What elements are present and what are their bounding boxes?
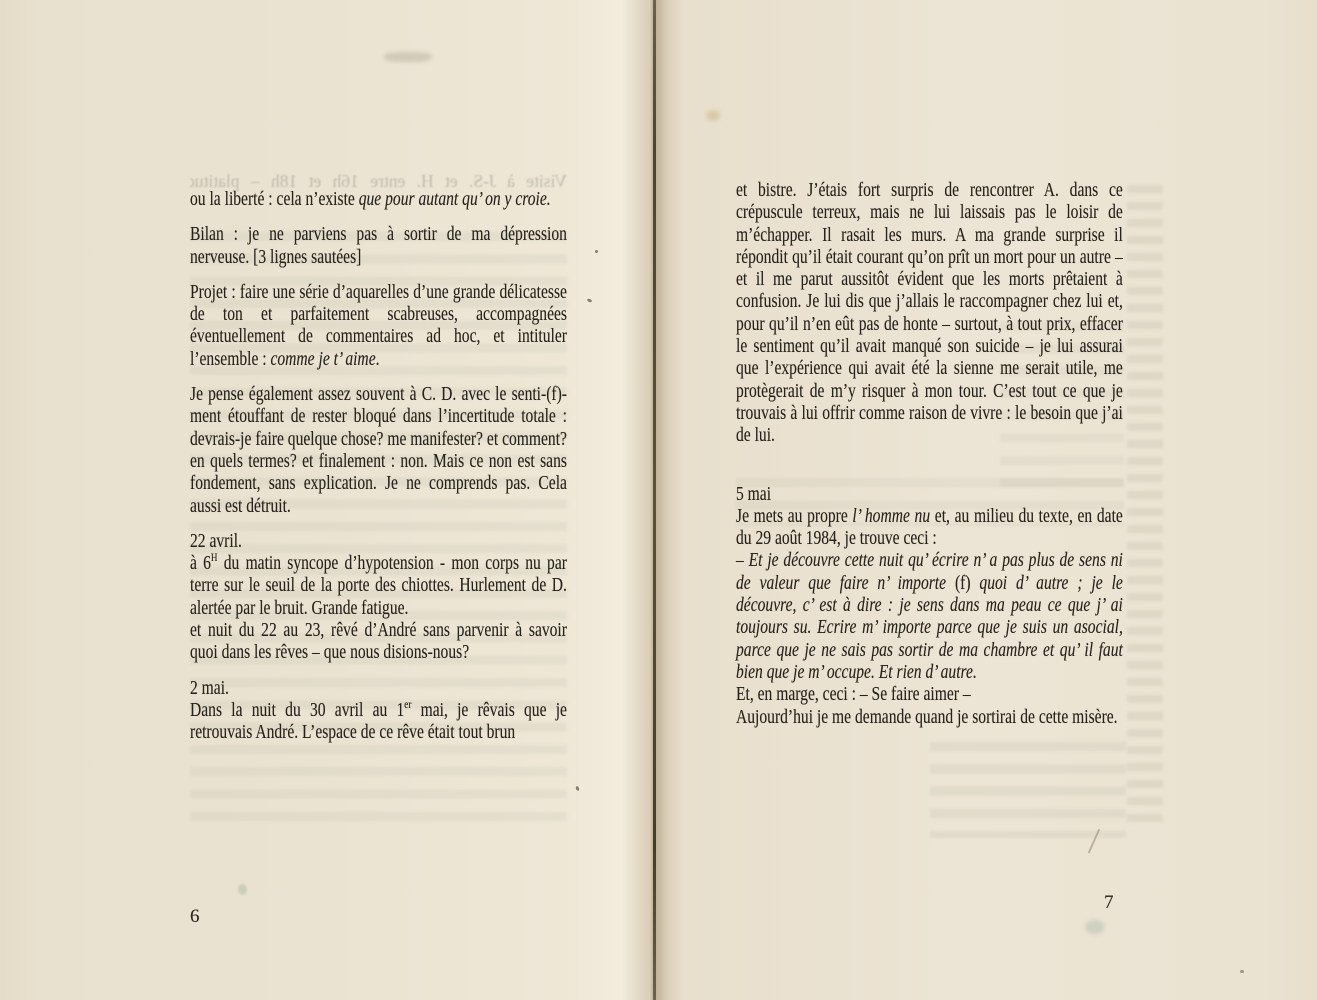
paragraph: Projet : faire une série d’aquarelles d’… xyxy=(190,281,567,370)
page-number-right: 7 xyxy=(1104,892,1114,914)
paragraph: – Et je découvre cette nuit qu’ écrire n… xyxy=(736,549,1123,683)
paragraph: Et, en marge, ceci : – Se faire aimer – xyxy=(736,683,1123,705)
left-page-text: ou la liberté : cela n’existe que pour a… xyxy=(190,188,567,744)
paragraph: et nuit du 22 au 23, rêvé d’André sans p… xyxy=(190,619,567,664)
paragraph: 22 avril. xyxy=(190,530,567,552)
text-run: 2 mai. xyxy=(190,677,229,699)
text-run: Bilan : je ne parviens pas à sortir de m… xyxy=(190,223,567,267)
text-run: (f) xyxy=(955,572,971,594)
paragraph: et bistre. J’étais fort surpris de renco… xyxy=(736,179,1123,447)
paragraph: Je mets au propre l’ homme nu et, au mil… xyxy=(736,505,1123,550)
text-run: comme je t’ aime xyxy=(270,348,375,370)
paragraph: à 6H du matin syncope d’hypotension - mo… xyxy=(190,552,567,619)
text-run: Dans la nuit du 30 avril au 1 xyxy=(190,699,404,721)
text-run: que pour autant qu’ on y croie. xyxy=(359,188,551,210)
paragraph: 2 mai. xyxy=(190,677,567,699)
book-spread: Visite à J-S. et H. entre 16h et 18h – p… xyxy=(0,0,1317,1000)
paragraph: Dans la nuit du 30 avril au 1er mai, je … xyxy=(190,699,567,744)
text-run: Et, en marge, ceci : – Se faire aimer – xyxy=(736,683,971,705)
text-run: Je pense également assez souvent à C. D.… xyxy=(190,383,567,516)
paragraph: 5 mai xyxy=(736,483,1123,505)
text-run: ou la liberté : cela n’existe xyxy=(190,188,359,210)
right-page-text: et bistre. J’étais fort surpris de renco… xyxy=(736,179,1123,728)
text-run: – xyxy=(736,549,749,571)
text-run: à 6 xyxy=(190,552,211,574)
text-run: et nuit du 22 au 23, rêvé d’André sans p… xyxy=(190,619,567,663)
paragraph: ou la liberté : cela n’existe que pour a… xyxy=(190,188,567,210)
text-run: 5 mai xyxy=(736,483,771,505)
gutter-fold xyxy=(653,0,656,1000)
text-run: du matin syncope d’hypotension - mon cor… xyxy=(190,552,567,619)
text-run: Je mets au propre xyxy=(736,505,852,527)
text-run: l’ homme nu xyxy=(852,505,930,527)
paragraph: Aujourd’hui je me demande quand je sorti… xyxy=(736,706,1123,728)
paragraph: Je pense également assez souvent à C. D.… xyxy=(190,383,567,517)
page-number-left: 6 xyxy=(190,906,200,928)
text-run: 22 avril. xyxy=(190,530,242,552)
text-run: . xyxy=(376,348,380,370)
text-run: Aujourd’hui je me demande quand je sorti… xyxy=(736,706,1118,728)
text-run: et bistre. J’étais fort surpris de renco… xyxy=(736,179,1123,446)
paragraph: Bilan : je ne parviens pas à sortir de m… xyxy=(190,223,567,268)
